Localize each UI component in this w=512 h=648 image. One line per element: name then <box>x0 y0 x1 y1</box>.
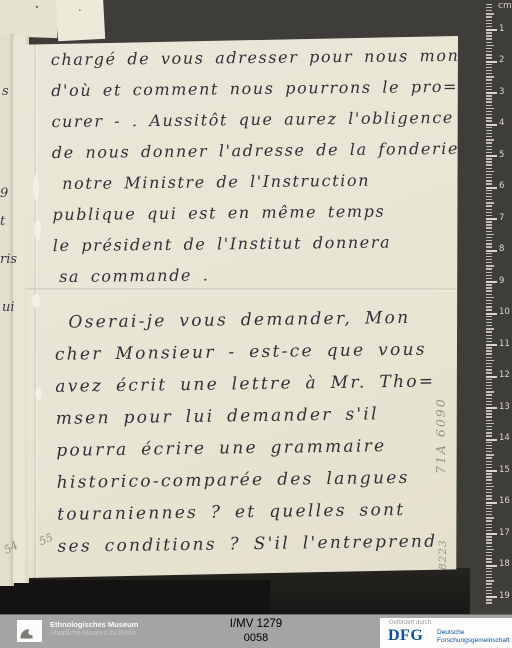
ruler-tick <box>486 205 492 206</box>
ruler-tick <box>486 369 492 370</box>
underlying-page-tab <box>0 0 59 38</box>
ruler-tick <box>486 552 492 553</box>
ruler-number: 13 <box>499 402 512 412</box>
letter-line: curer - . Aussitôt que aurez l'obligence <box>51 102 455 137</box>
ruler-tick <box>486 492 492 493</box>
ruler-tick <box>486 379 492 380</box>
ruler: cm 12345678910111213141516171819 <box>485 0 512 613</box>
ruler-tick <box>486 57 492 58</box>
ruler-tick <box>486 366 492 367</box>
institution-name: Ethnologisches Museum <box>50 620 138 629</box>
ruler-tick <box>486 385 492 386</box>
ink-fragment: 9 <box>0 186 8 201</box>
ruler-tick <box>486 187 497 189</box>
ink-fragment: ris <box>0 252 17 267</box>
ruler-tick <box>486 180 492 181</box>
ruler-tick <box>486 530 492 531</box>
ruler-tick <box>486 464 492 465</box>
ruler-tick <box>486 7 492 8</box>
ruler-tick <box>486 353 492 354</box>
ruler-tick <box>486 360 494 361</box>
ruler-tick <box>486 218 497 220</box>
ruler-tick <box>486 505 492 506</box>
ruler-tick <box>486 420 492 421</box>
ruler-tick <box>486 278 492 279</box>
ruler-tick <box>486 265 494 266</box>
ruler-tick <box>486 4 492 5</box>
ruler-tick <box>486 568 492 569</box>
ruler-tick <box>486 149 492 150</box>
ruler-tick <box>486 164 492 165</box>
ruler-tick <box>486 511 492 512</box>
ruler-tick <box>486 79 492 80</box>
ruler-tick <box>486 524 492 525</box>
letter-line: d'où et comment nous pourrons le pro= <box>51 71 455 106</box>
letter-line: chargé de vous adresser pour nous montre… <box>51 40 455 75</box>
ruler-tick <box>486 155 497 157</box>
ruler-number: 3 <box>499 87 512 97</box>
ruler-tick <box>486 520 492 521</box>
ruler-tick <box>486 83 492 84</box>
ruler-tick <box>486 558 492 559</box>
crease-damage <box>32 294 40 308</box>
ruler-number: 1 <box>499 24 512 34</box>
ruler-tick <box>486 363 492 364</box>
ruler-unit-label: cm <box>498 1 512 11</box>
ruler-tick <box>486 227 492 228</box>
tab-ink-mark: ٭ <box>35 3 39 11</box>
ruler-tick <box>486 124 497 126</box>
ruler-tick <box>486 51 492 52</box>
ruler-tick <box>486 429 492 430</box>
ruler-number: 6 <box>499 181 512 191</box>
ruler-tick <box>486 347 492 348</box>
ruler-tick <box>486 372 492 373</box>
ruler-number: 17 <box>499 528 512 538</box>
dfg-logo: DFG <box>388 627 423 645</box>
ruler-tick <box>486 514 492 515</box>
ruler-tick <box>486 325 492 326</box>
ruler-tick <box>486 146 492 147</box>
ruler-tick <box>486 196 492 197</box>
ruler-tick <box>486 136 492 137</box>
ruler-tick <box>486 473 492 474</box>
ink-fragment: s <box>2 84 9 99</box>
ruler-tick <box>486 549 494 550</box>
letter-line: sa commande . <box>53 257 457 292</box>
ruler-tick <box>486 142 492 143</box>
ruler-tick <box>486 73 492 74</box>
ruler-tick <box>486 42 492 43</box>
pencil-annotation-vertical: 71A 6090 <box>433 397 448 474</box>
ruler-tick <box>486 29 497 31</box>
ruler-tick <box>486 67 492 68</box>
ruler-tick <box>486 502 497 504</box>
ruler-tick <box>486 152 492 153</box>
ruler-tick <box>486 199 492 200</box>
ruler-tick <box>486 95 492 96</box>
institution-subtitle: Staatliche Museen zu Berlin <box>50 629 138 638</box>
ruler-tick <box>486 20 492 21</box>
ruler-tick <box>486 16 492 17</box>
ruler-tick <box>486 489 492 490</box>
ruler-tick <box>486 341 492 342</box>
ruler-tick <box>486 426 492 427</box>
ruler-tick <box>486 328 494 329</box>
ruler-tick <box>486 451 492 452</box>
ruler-tick <box>486 565 497 567</box>
ruler-tick <box>486 313 497 315</box>
ruler-tick <box>486 139 494 140</box>
crease-damage <box>34 220 41 240</box>
ruler-tick <box>486 190 492 191</box>
ruler-tick <box>486 338 492 339</box>
funding-label: Gefördert durch <box>389 620 431 626</box>
ruler-tick <box>486 92 497 94</box>
ruler-tick <box>486 127 492 128</box>
ruler-tick <box>486 158 492 159</box>
ruler-tick <box>486 259 492 260</box>
ruler-tick <box>486 272 492 273</box>
ruler-tick <box>486 114 492 115</box>
ruler-tick <box>486 344 497 346</box>
ruler-tick <box>486 457 492 458</box>
ruler-number: 7 <box>499 213 512 223</box>
ruler-tick <box>486 193 492 194</box>
ruler-tick <box>486 533 497 535</box>
page-corner-shadow <box>0 580 270 614</box>
scan-page-number: 0058 <box>244 632 268 644</box>
ruler-tick <box>486 454 494 455</box>
ruler-tick <box>486 117 492 118</box>
crease-damage <box>33 174 39 200</box>
ruler-tick <box>486 536 492 537</box>
ruler-tick <box>486 350 492 351</box>
letter-line: ses conditions ? S'il l'entreprend <box>57 525 461 563</box>
ruler-number: 12 <box>499 370 512 380</box>
ruler-tick <box>486 275 492 276</box>
ruler-tick <box>486 322 492 323</box>
ruler-number: 10 <box>499 307 512 317</box>
ruler-tick <box>486 467 492 468</box>
ruler-tick <box>486 215 492 216</box>
ruler-tick <box>486 508 492 509</box>
ruler-number: 9 <box>499 276 512 286</box>
funding-box: Gefördert durch DFG Deutsche Forschungsg… <box>380 618 512 648</box>
ruler-number: 15 <box>499 465 512 475</box>
ruler-tick <box>486 284 492 285</box>
ruler-tick <box>486 256 492 257</box>
ruler-tick <box>486 577 492 578</box>
ruler-tick <box>486 498 492 499</box>
ruler-tick <box>486 281 497 283</box>
ruler-tick <box>486 243 492 244</box>
ruler-tick <box>486 435 492 436</box>
ruler-number: 5 <box>499 150 512 160</box>
ruler-tick <box>486 237 492 238</box>
ruler-tick <box>486 234 494 235</box>
ruler-tick <box>486 587 492 588</box>
ruler-tick <box>486 542 492 543</box>
letter-line: notre Ministre de l'Instruction <box>52 164 456 199</box>
ruler-tick <box>486 32 492 33</box>
ruler-tick <box>486 89 492 90</box>
ink-fragment: t <box>0 214 5 229</box>
ruler-tick <box>486 253 492 254</box>
ruler-tick <box>486 357 492 358</box>
scan-viewer: ٭ • s9trisui chargé de vous adresser pou… <box>0 0 512 648</box>
ruler-tick <box>486 64 492 65</box>
ruler-tick <box>486 174 492 175</box>
ruler-tick <box>486 262 492 263</box>
ruler-tick <box>486 398 492 399</box>
ruler-tick <box>486 111 492 112</box>
ruler-tick <box>486 287 492 288</box>
ruler-tick <box>486 240 492 241</box>
ruler-tick <box>486 442 492 443</box>
ruler-tick <box>486 231 492 232</box>
ruler-tick <box>486 303 492 304</box>
smb-museum-logo-icon <box>17 620 42 642</box>
ruler-tick <box>486 268 492 269</box>
ruler-tick <box>486 539 492 540</box>
ruler-tick <box>486 105 492 106</box>
ruler-tick <box>486 45 494 46</box>
ruler-tick <box>486 486 494 487</box>
ruler-number: 18 <box>499 559 512 569</box>
ruler-tick <box>486 401 492 402</box>
ruler-tick <box>486 23 492 24</box>
ruler-tick <box>486 168 492 169</box>
ruler-tick <box>486 376 497 378</box>
crease-damage <box>35 388 42 400</box>
ruler-tick <box>486 108 494 109</box>
ruler-tick <box>486 246 492 247</box>
ruler-tick <box>486 335 492 336</box>
ruler-tick <box>486 202 494 203</box>
letter-line: de nous donner l'adresse de la fonderie <box>52 133 456 168</box>
ruler-tick <box>486 250 497 252</box>
ruler-tick <box>486 86 492 87</box>
letter-paragraph-2: Oserai-je vous demander, Moncher Monsieu… <box>54 301 462 563</box>
ruler-tick <box>486 593 492 594</box>
ruler-tick <box>486 590 492 591</box>
ruler-tick <box>486 580 494 581</box>
letter-line: le président de l'Institut donnera <box>53 226 457 261</box>
dfg-org-name: Deutsche Forschungsgemeinschaft <box>437 629 510 645</box>
ruler-number: 14 <box>499 433 512 443</box>
ruler-tick <box>486 407 497 409</box>
ruler-tick <box>486 26 492 27</box>
institution-block: Ethnologisches Museum Staatliche Museen … <box>50 620 138 638</box>
ruler-tick <box>486 54 492 55</box>
ruler-tick <box>486 297 494 298</box>
ruler-tick <box>486 546 492 547</box>
ruler-tick <box>486 76 494 77</box>
ruler-tick <box>486 38 492 39</box>
ruler-tick <box>486 517 494 518</box>
ruler-tick <box>486 432 492 433</box>
ruler-number: 4 <box>499 118 512 128</box>
ruler-tick <box>486 439 497 441</box>
underlying-page-tab <box>56 0 105 41</box>
ruler-tick <box>486 476 492 477</box>
ruler-tick <box>486 416 492 417</box>
ruler-tick <box>486 602 492 603</box>
ruler-tick <box>486 212 492 213</box>
pencil-annotation-vertical: 8223 <box>437 539 449 570</box>
ruler-tick <box>486 10 492 11</box>
ruler-tick <box>486 61 497 63</box>
ruler-tick <box>486 224 492 225</box>
ruler-tick <box>486 221 492 222</box>
ruler-tick <box>486 599 492 600</box>
ruler-tick <box>486 571 492 572</box>
ruler-tick <box>486 101 492 102</box>
ruler-tick <box>486 445 492 446</box>
ruler-tick <box>486 319 492 320</box>
ruler-tick <box>486 171 494 172</box>
ruler-tick <box>486 98 492 99</box>
letter-paragraph-1: chargé de vous adresser pour nous montre… <box>51 40 458 292</box>
ruler-tick <box>486 527 492 528</box>
letter-line: avez écrit une lettre à Mr. Tho= <box>55 365 459 403</box>
ruler-number: 8 <box>499 244 512 254</box>
ruler-tick <box>486 120 492 121</box>
ruler-tick <box>486 161 492 162</box>
ruler-number: 19 <box>499 591 512 601</box>
ruler-tick <box>486 130 492 131</box>
ruler-tick <box>486 461 492 462</box>
ruler-tick <box>486 404 492 405</box>
ruler-tick <box>486 300 492 301</box>
ruler-tick <box>486 583 492 584</box>
ruler-tick <box>486 483 492 484</box>
ruler-tick <box>486 410 492 411</box>
ruler-tick <box>486 561 492 562</box>
ruler-tick <box>486 495 492 496</box>
ruler-tick <box>486 209 492 210</box>
ruler-tick <box>486 306 492 307</box>
ruler-tick <box>486 382 492 383</box>
object-reference-id: I/MV 1279 <box>230 618 282 630</box>
ruler-tick <box>486 388 492 389</box>
ink-fragment: ui <box>2 300 15 315</box>
ruler-tick <box>486 479 492 480</box>
ruler-tick <box>486 183 492 184</box>
ruler-tick <box>486 13 494 14</box>
ruler-tick <box>486 596 497 598</box>
ruler-tick <box>486 294 492 295</box>
ruler-number: 16 <box>499 496 512 506</box>
ruler-tick <box>486 331 492 332</box>
ruler-tick <box>486 574 492 575</box>
ruler-tick <box>486 413 492 414</box>
letter-line: publique qui est en même temps <box>52 195 456 230</box>
ruler-tick <box>486 35 492 36</box>
ruler-tick <box>486 290 492 291</box>
ruler-tick <box>486 391 494 392</box>
ruler-number: 11 <box>499 339 512 349</box>
ruler-tick <box>486 48 492 49</box>
tab-ink-dot: • <box>79 8 81 14</box>
ruler-tick <box>486 177 492 178</box>
ruler-tick <box>486 555 492 556</box>
ruler-tick <box>486 394 492 395</box>
ruler-tick <box>486 316 492 317</box>
ruler-tick <box>486 133 492 134</box>
ruler-tick <box>486 423 494 424</box>
letter-page: chargé de vous adresser pour nous montre… <box>24 36 458 578</box>
footer-bar: Ethnologisches Museum Staatliche Museen … <box>0 614 512 648</box>
ruler-tick <box>486 448 492 449</box>
ruler-tick <box>486 309 492 310</box>
ruler-number: 2 <box>499 55 512 65</box>
ruler-tick <box>486 470 497 472</box>
ruler-tick <box>486 70 492 71</box>
